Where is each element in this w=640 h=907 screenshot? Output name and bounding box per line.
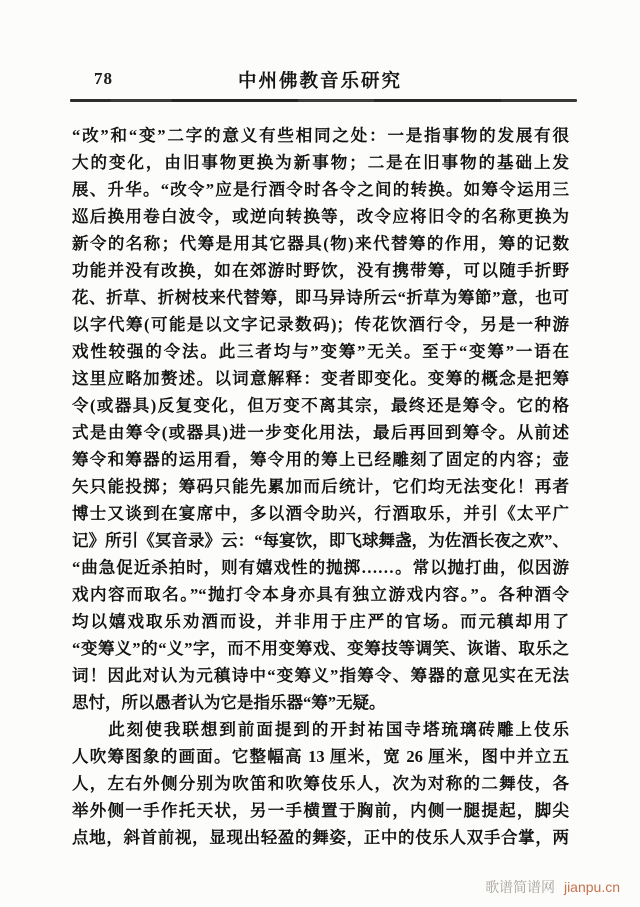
text-line: 人，左右外侧分别为吹笛和吹筹伎乐人，次为对称的二舞伎，各	[72, 770, 569, 797]
text-line: 式是由筹令(或器具)进一步变化用法，最后再回到筹令。从前述	[72, 419, 569, 446]
text-line: 这里应略加赘述。以词意解释：变者即变化。变筹的概念是把筹	[72, 365, 569, 392]
text-line: “变筹义”的“义”字，而不用变筹戏、变筹技等调笑、诙谐、取乐之	[72, 635, 569, 662]
text-line: 矢只能投掷；筹码只能先累加而后统计，它们均无法变化！再者	[72, 473, 569, 500]
scanned-book-page: 78 中州佛教音乐研究 “改”和“变”二字的意义有些相同之处：一是指事物的发展有…	[0, 0, 640, 907]
text-line: “改”和“变”二字的意义有些相同之处：一是指事物的发展有很	[72, 122, 569, 149]
text-line: 记》所引《冥音录》云：“每宴饮，即飞球舞盏，为佐酒长夜之欢”、	[72, 527, 569, 554]
watermark-site-url: jianpu.cn	[564, 879, 620, 895]
text-line: “曲急促近杀拍时，则有嬉戏性的抛掷……。常以抛打曲，似因游	[72, 554, 569, 581]
header-divider-rule	[70, 99, 577, 102]
text-line: 戏内容而取名。”“抛打令本身亦具有独立游戏内容。”。各种酒令	[72, 581, 569, 608]
text-line: 均以嬉戏取乐劝酒而设，并非用于庄严的官场。而元稹却用了	[72, 608, 569, 635]
watermark-site-name: 歌谱简谱网	[485, 879, 555, 895]
text-line: 花、折草、折树枝来代替筹，即马异诗所云“折草为筹節”意，也可	[72, 284, 569, 311]
text-line: 举外侧一手作托天状，另一手横置于胸前，内侧一腿提起，脚尖	[72, 797, 569, 824]
text-line: 以字代筹(可能是以文字记录数码)；传花饮酒行令，另是一种游	[72, 311, 569, 338]
text-line: 思忖，所以愚者认为它是指乐器“筹”无疑。	[72, 689, 569, 716]
text-line: 令(或器具)反复变化，但万变不离其宗，最终还是筹令。它的格	[72, 392, 569, 419]
text-line: 博士又谈到在宴席中，多以酒令助兴，行酒取乐，并引《太平广	[72, 500, 569, 527]
site-watermark: 歌谱简谱网 jianpu.cn	[485, 877, 620, 897]
text-line: 巡后换用卷白波令，或逆向转换等，改令应将旧令的名称更换为	[72, 203, 569, 230]
text-line: 新令的名称；代筹是用其它器具(物)来代替筹的作用，筹的记数	[72, 230, 569, 257]
text-line: 点地，斜首前视，显现出轻盈的舞姿，正中的伎乐人双手合掌，两	[72, 824, 569, 851]
text-line: 展、升华。“改令”应是行酒令时各令之间的转换。如筹令运用三	[72, 176, 569, 203]
paragraph: “改”和“变”二字的意义有些相同之处：一是指事物的发展有很 大的变化，由旧事物更…	[72, 122, 569, 716]
paragraph: 此刻使我联想到前面提到的开封祐国寺塔琉璃砖雕上伎乐 人吹筹图象的画面。它整幅高 …	[72, 716, 569, 851]
text-line: 戏性较强的令法。此三者均与”变筹”无关。至于“变筹”一语在	[72, 338, 569, 365]
text-line: 筹令和筹器的运用看，筹令用的筹上已经雕刻了固定的内容；壶	[72, 446, 569, 473]
body-text: “改”和“变”二字的意义有些相同之处：一是指事物的发展有很 大的变化，由旧事物更…	[72, 122, 569, 851]
text-line: 人吹筹图象的画面。它整幅高 13 厘米，宽 26 厘米，图中并立五	[72, 743, 569, 770]
text-line: 大的变化，由旧事物更换为新事物；二是在旧事物的基础上发	[72, 149, 569, 176]
running-header-title: 中州佛教音乐研究	[0, 67, 640, 93]
text-line: 功能并没有改换，如在郊游时野饮，没有携带筹，可以随手折野	[72, 257, 569, 284]
text-line: 此刻使我联想到前面提到的开封祐国寺塔琉璃砖雕上伎乐	[72, 716, 569, 743]
text-line: 词！因此对认为元稹诗中“变筹义”指筹令、筹器的意见实在无法	[72, 662, 569, 689]
